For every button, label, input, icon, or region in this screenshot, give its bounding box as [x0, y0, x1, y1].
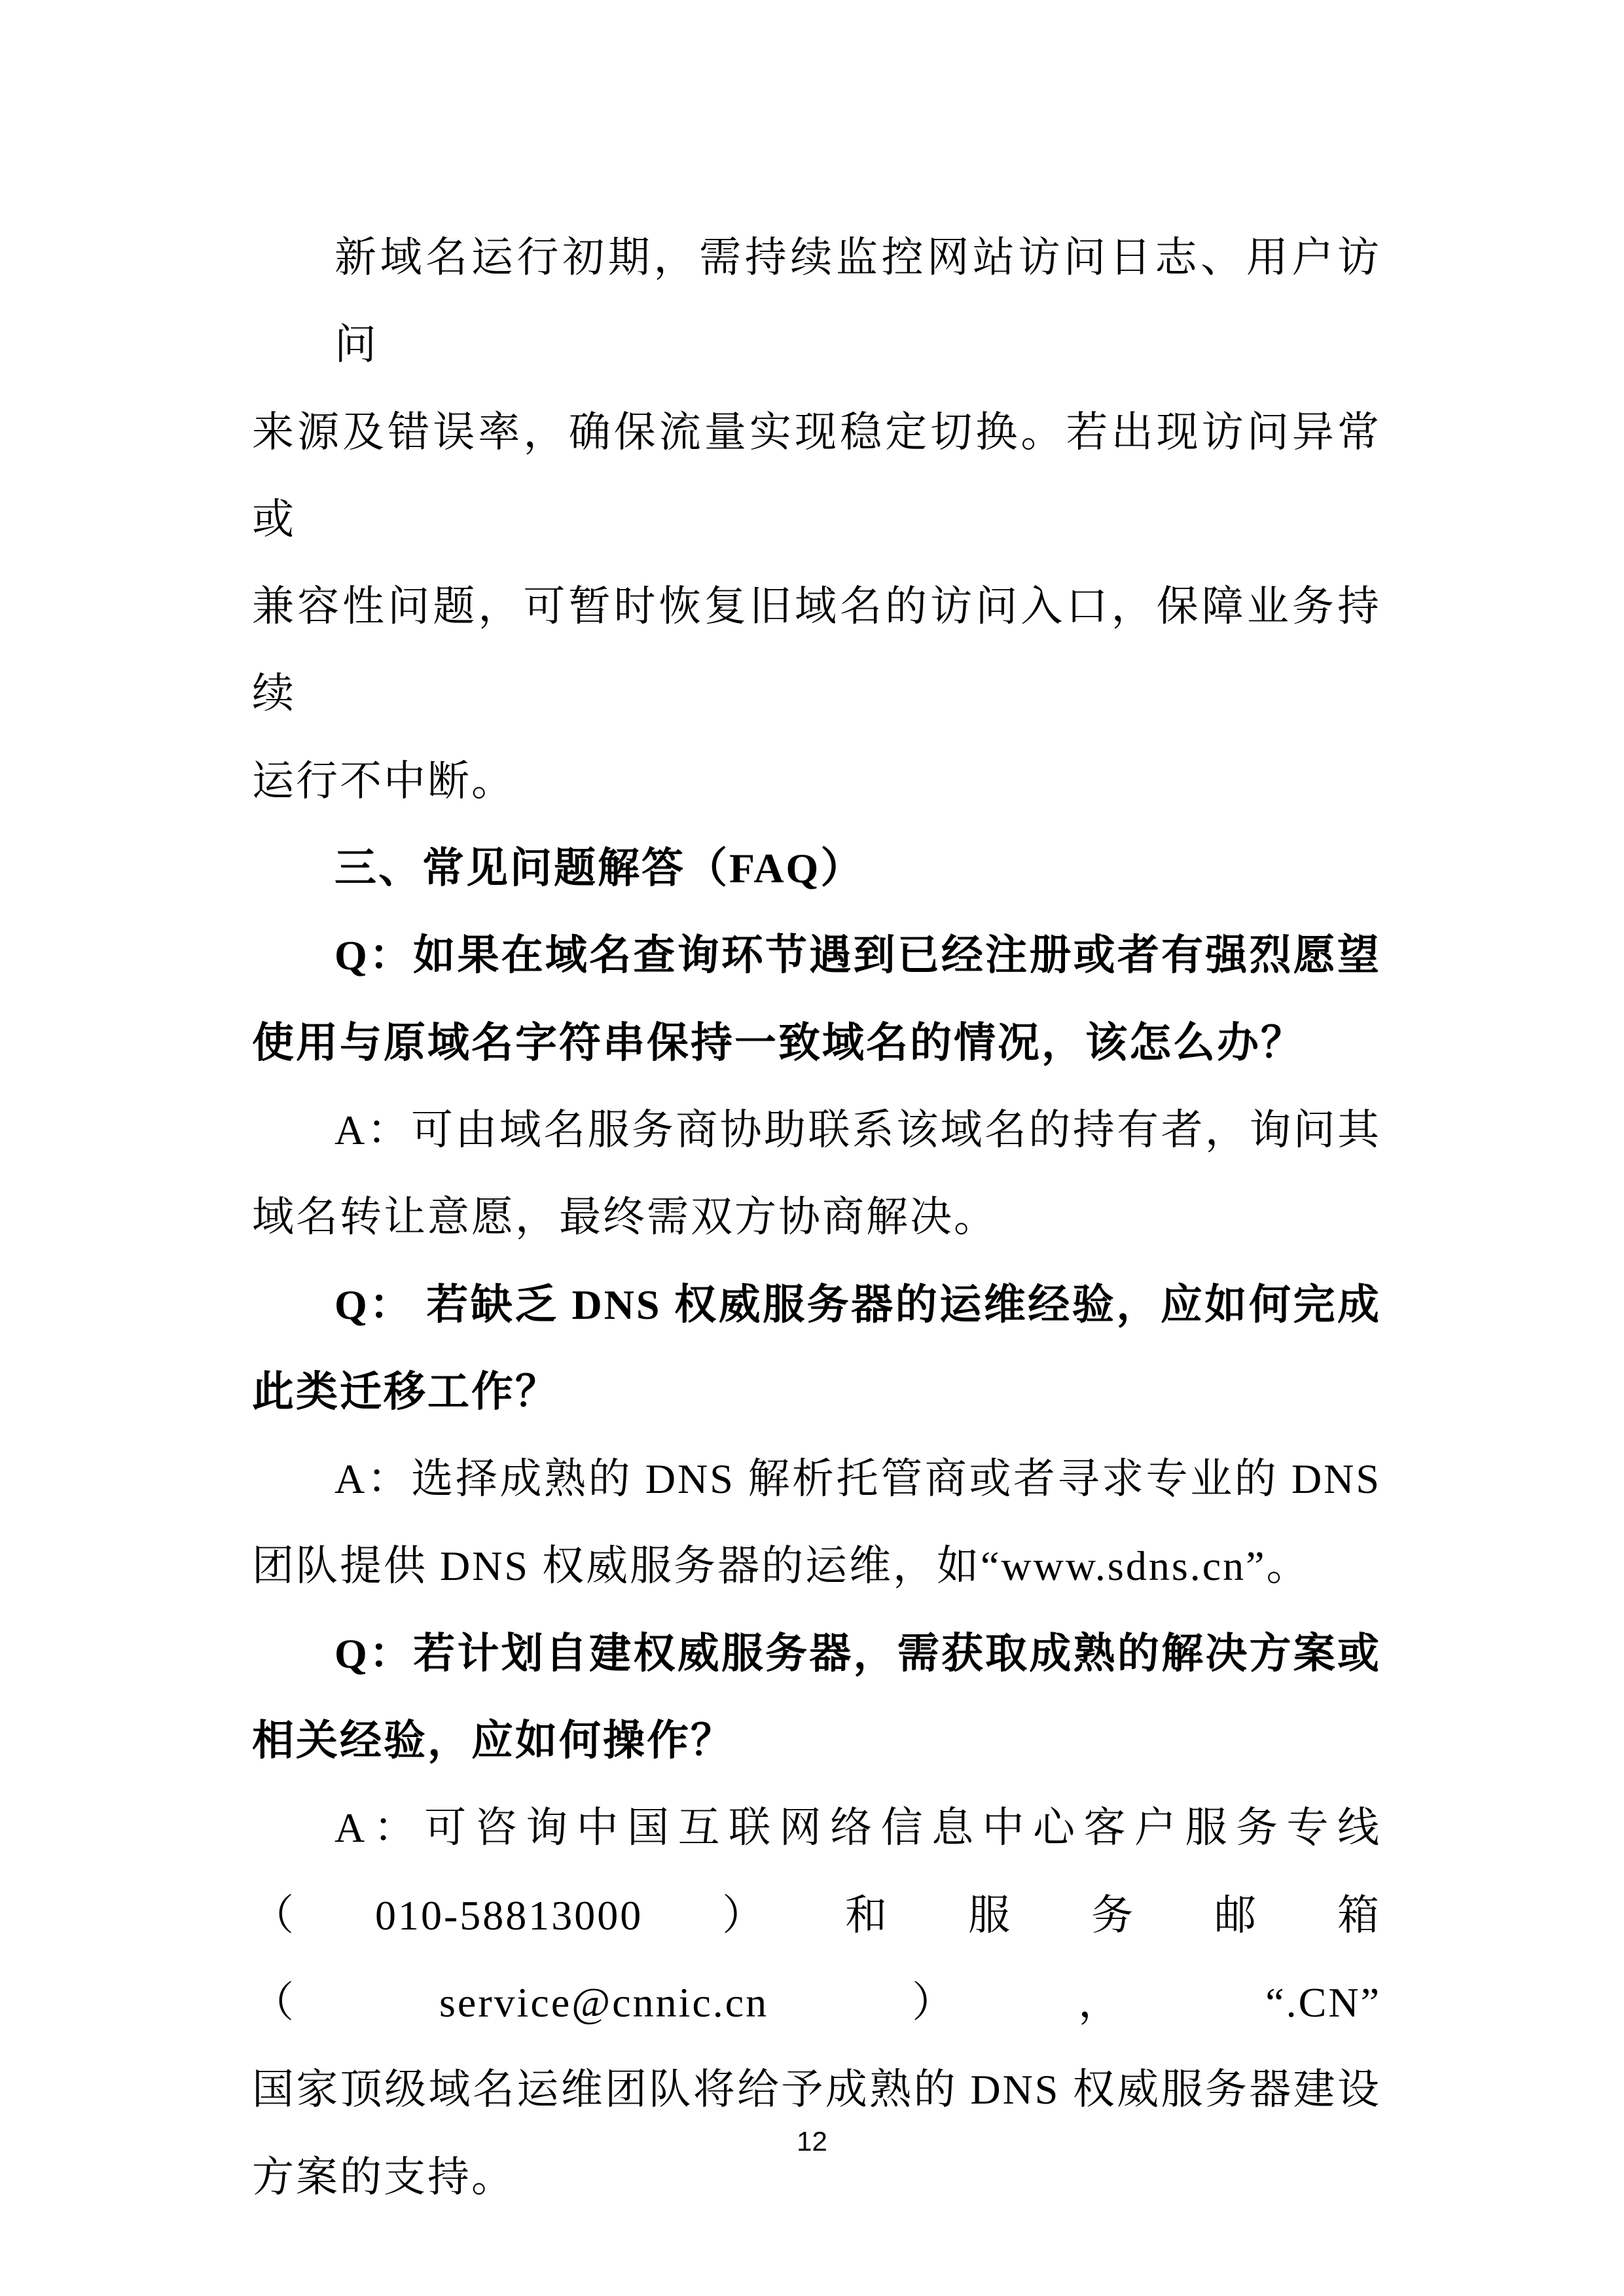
document-page: 新域名运行初期，需持续监控网站访问日志、用户访问 来源及错误率，确保流量实现稳定… — [0, 0, 1624, 2296]
page-number: 12 — [0, 2126, 1624, 2157]
body-paragraph-line: 运行不中断。 — [252, 738, 1381, 825]
question-line: Q：如果在域名查询环节遇到已经注册或者有强烈愿望 — [252, 912, 1381, 999]
text-block: 新域名运行初期，需持续监控网站访问日志、用户访问 来源及错误率，确保流量实现稳定… — [252, 214, 1381, 2221]
question-line: 使用与原域名字符串保持一致域名的情况，该怎么办？ — [252, 999, 1381, 1086]
answer-line: A：可咨询中国互联网络信息中心客户服务专线 — [252, 1784, 1381, 1871]
section-heading: 三、常见问题解答（FAQ） — [252, 825, 1381, 912]
answer-line: 国家顶级域名运维团队将给予成熟的 DNS 权威服务器建设 — [252, 2046, 1381, 2133]
answer-line: 团队提供 DNS 权威服务器的运维，如“www.sdns.cn”。 — [252, 1522, 1381, 1609]
answer-line: A：选择成熟的 DNS 解析托管商或者寻求专业的 DNS — [252, 1435, 1381, 1522]
answer-line: （010-58813000）和服务邮箱（service@cnnic.cn），“.… — [252, 1872, 1381, 2047]
body-paragraph-line: 兼容性问题，可暂时恢复旧域名的访问入口，保障业务持续 — [252, 563, 1381, 738]
question-line: Q： 若缺乏 DNS 权威服务器的运维经验，应如何完成 — [252, 1261, 1381, 1348]
question-line: 此类迁移工作？ — [252, 1348, 1381, 1435]
answer-line: A：可由域名服务商协助联系该域名的持有者，询问其 — [252, 1086, 1381, 1174]
answer-line: 域名转让意愿，最终需双方协商解决。 — [252, 1174, 1381, 1261]
body-paragraph-line: 新域名运行初期，需持续监控网站访问日志、用户访问 — [252, 214, 1381, 389]
question-line: 相关经验，应如何操作？ — [252, 1697, 1381, 1784]
body-paragraph-line: 来源及错误率，确保流量实现稳定切换。若出现访问异常或 — [252, 389, 1381, 564]
question-line: Q：若计划自建权威服务器，需获取成熟的解决方案或 — [252, 1610, 1381, 1697]
